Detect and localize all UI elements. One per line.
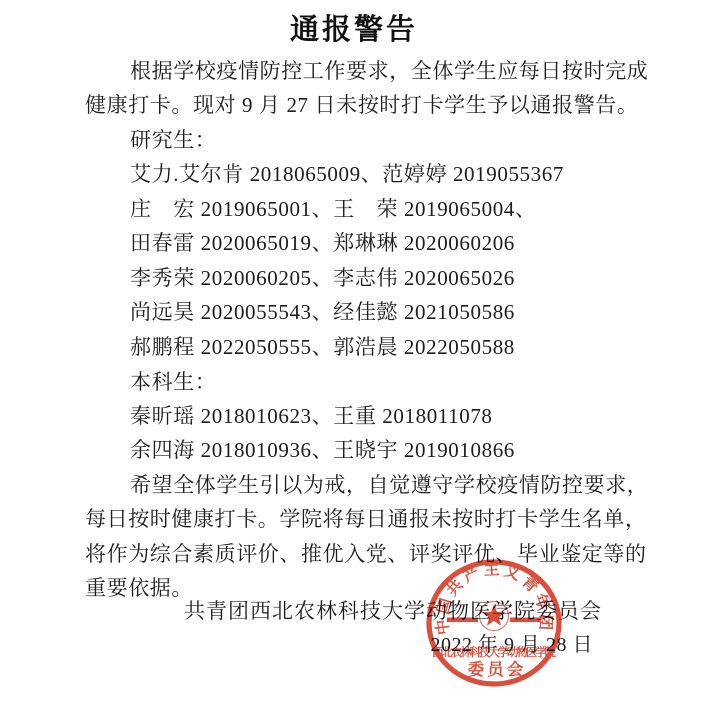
doc-line: 秦昕瑶 2018010623、王重 2018011078 <box>85 404 670 428</box>
doc-line: 庄 宏 2019065001、王 荣 2019065004、 <box>85 197 670 221</box>
notice-document: 通报警告 根据学校疫情防控工作要求，全体学生应每日按时完成 健康打卡。现对 9 … <box>0 0 708 717</box>
doc-line: 李秀荣 2020060205、李志伟 2020065026 <box>85 266 670 290</box>
date-line: 2022 年 9 月 28 日 <box>85 633 593 657</box>
doc-line: 根据学校疫情防控工作要求，全体学生应每日按时完成 <box>85 59 670 83</box>
document-title: 通报警告 <box>0 7 708 48</box>
doc-line: 重要依据。 <box>85 576 625 600</box>
doc-line: 每日按时健康打卡。学院将每日通报未按时打卡学生名单， <box>85 507 625 531</box>
doc-line: 尚远昊 2020055543、经佳懿 2021050586 <box>85 300 670 324</box>
signature-line: 共青团西北农林科技大学动物医学院委员会 <box>85 599 602 623</box>
doc-line: 研究生： <box>85 128 670 152</box>
doc-line: 田春雷 2020065019、郑琳琳 2020060206 <box>85 231 670 255</box>
doc-line: 郝鹏程 2022050555、郭浩晨 2022050588 <box>85 335 670 359</box>
doc-line: 艾力.艾尔肯 2018065009、范婷婷 2019055367 <box>85 162 670 186</box>
doc-line: 希望全体学生引以为戒，自觉遵守学校疫情防控要求， <box>85 473 670 497</box>
doc-line: 本科生： <box>85 370 670 394</box>
doc-line: 余四海 2018010936、王晓宇 2019010866 <box>85 438 670 462</box>
seal-bottom-text: 委员会 <box>468 659 527 679</box>
doc-line: 健康打卡。现对 9 月 27 日未按时打卡学生予以通报警告。 <box>85 93 625 117</box>
doc-line: 将作为综合素质评价、推优入党、评奖评优、毕业鉴定等的 <box>85 542 625 566</box>
